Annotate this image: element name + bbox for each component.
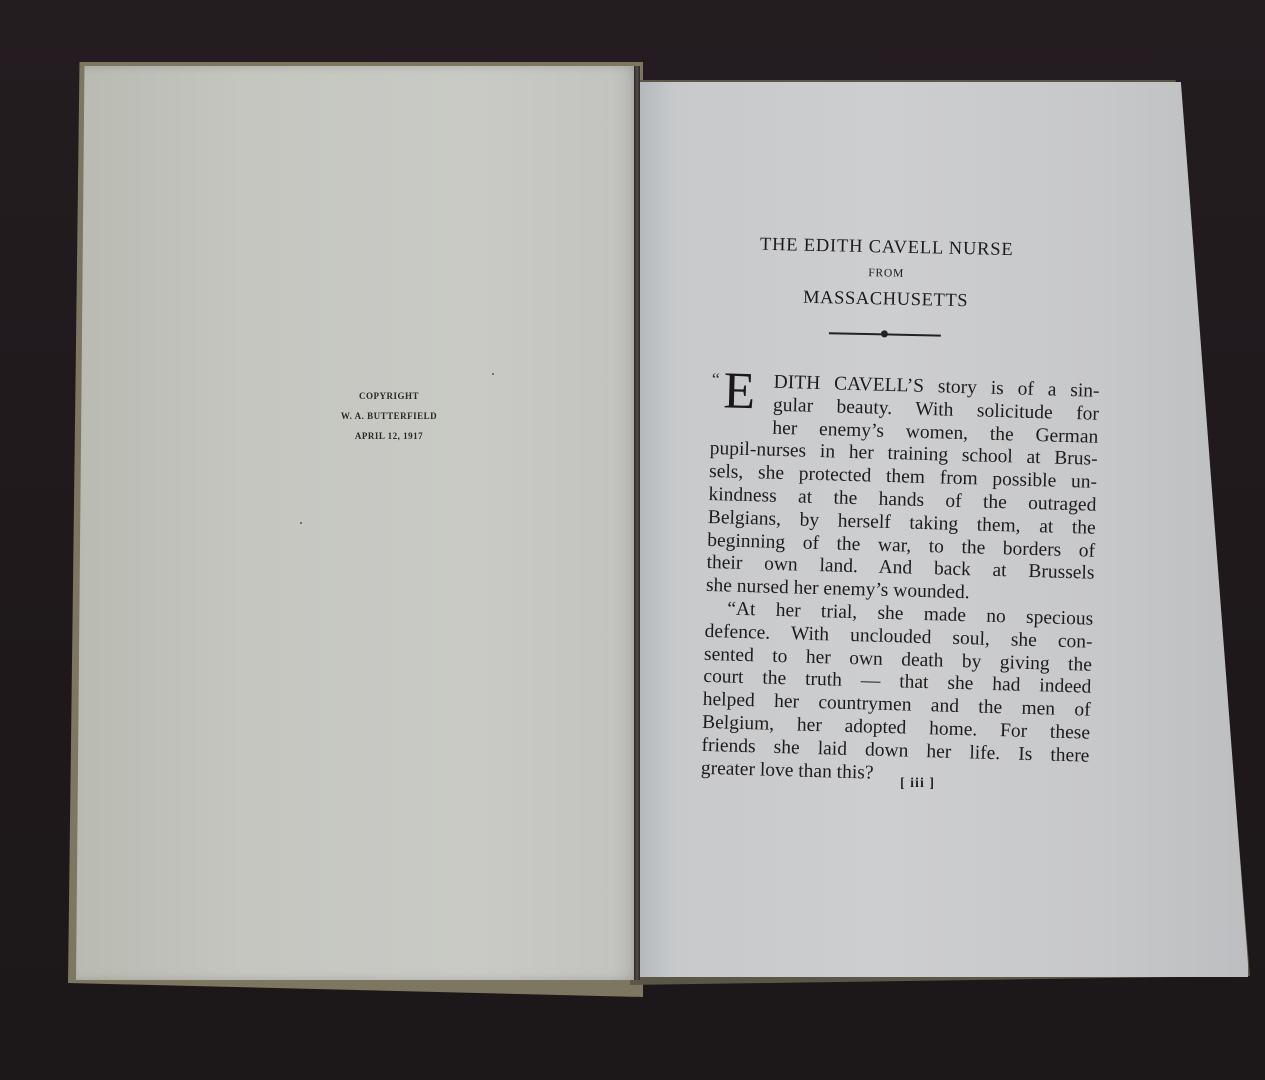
copyright-label: Copyright: [296, 386, 482, 406]
copyright-date: April 12, 1917: [296, 426, 482, 446]
drop-cap: E: [723, 367, 756, 416]
paper-speck: [300, 522, 302, 524]
copyright-notice: Copyright W. A. Butterfield April 12, 19…: [296, 386, 482, 446]
title-place: MASSACHUSETTS: [720, 283, 1050, 316]
title-block: THE EDITH CAVELL NURSE FROM MASSACHUSETT…: [720, 232, 1052, 342]
book-gutter: [634, 66, 640, 980]
photo-scene: Copyright W. A. Butterfield April 12, 19…: [0, 0, 1265, 1080]
ornament-dot-icon: [881, 330, 888, 337]
body-text: “ E DITH CAVELL’S story is of a sin- gul…: [701, 370, 1100, 791]
opening-quote: “: [711, 368, 720, 391]
left-page: [76, 66, 640, 980]
paper-speck: [492, 373, 494, 375]
page-number: [ iii ]: [900, 776, 935, 792]
copyright-holder: W. A. Butterfield: [296, 406, 482, 426]
